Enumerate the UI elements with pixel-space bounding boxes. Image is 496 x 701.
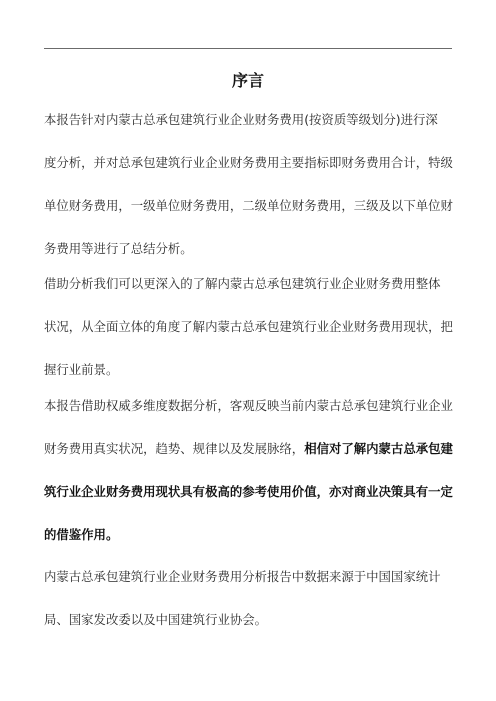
text-line-mixed: 财务费用真实状况，趋势、规律以及发展脉络，相信对了解内蒙古总承包建 (44, 439, 453, 459)
text-line-emphasis: 的借鉴作用。 (44, 525, 118, 545)
text-line: 本报告针对内蒙古总承包建筑行业企业财务费用(按资质等级划分)进行深 (44, 110, 438, 130)
text-line: 度分析，并对总承包建筑行业企业财务费用主要指标即财务费用合计，特级 (44, 153, 453, 173)
header-divider (44, 48, 452, 49)
text-line: 本报告借助权威多维度数据分析，客观反映当前内蒙古总承包建筑行业企业 (44, 396, 453, 416)
text-line: 单位财务费用，一级单位财务费用，二级单位财务费用，三级及以下单位财 (44, 196, 453, 216)
page-title: 序言 (0, 68, 496, 91)
text-line: 局、国家发改委以及中国建筑行业协会。 (44, 610, 267, 630)
text-line: 借助分析我们可以更深入的了解内蒙古总承包建筑行业企业财务费用整体 (44, 274, 441, 294)
text-line: 握行业前景。 (44, 360, 118, 380)
text-line-emphasis: 筑行业企业财务费用现状具有极高的参考使用价值，亦对商业决策具有一定 (44, 482, 453, 502)
text-line: 务费用等进行了总结分析。 (44, 239, 193, 259)
text-line: 内蒙古总承包建筑行业企业财务费用分析报告中数据来源于中国国家统计 (44, 567, 441, 587)
text-normal: 财务费用真实状况，趋势、规律以及发展脉络， (44, 441, 304, 456)
text-line: 状况，从全面立体的角度了解内蒙古总承包建筑行业企业财务费用现状，把 (44, 317, 453, 337)
text-emphasis: 相信对了解内蒙古总承包建 (304, 441, 453, 456)
